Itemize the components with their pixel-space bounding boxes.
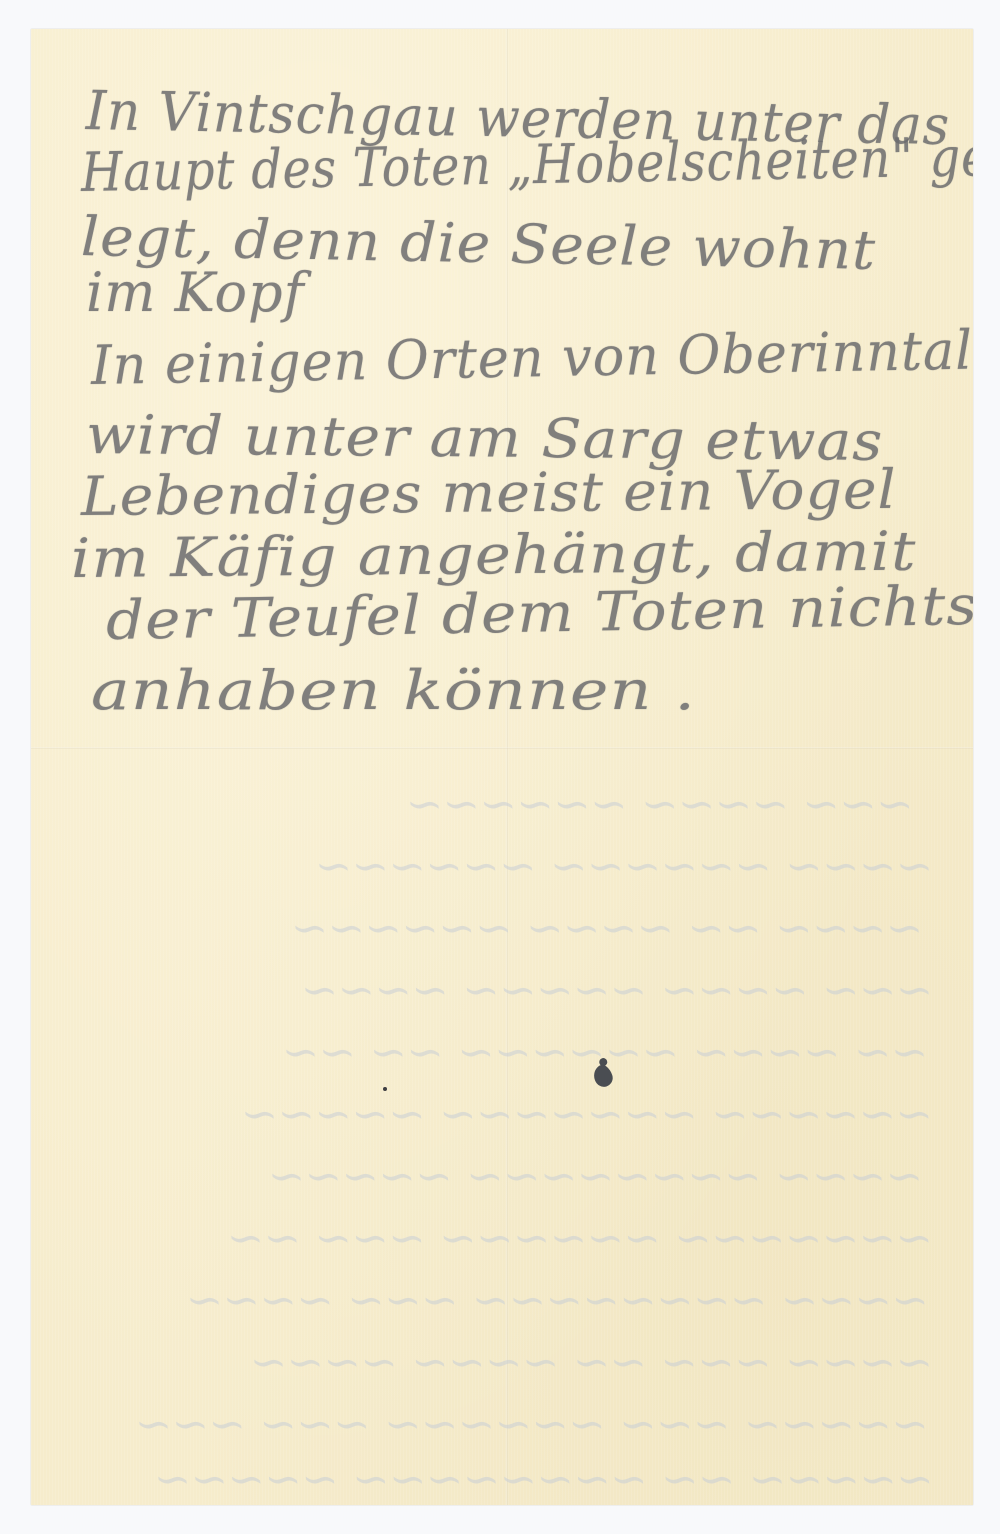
handwritten-line: im Kopf xyxy=(86,261,305,324)
bleed-through-line: ~~~~~~~ ~~~~~~ ~~~ ~~ xyxy=(224,1213,937,1264)
handwritten-line: Lebendiges meist ein Vogel xyxy=(81,458,897,528)
bleed-through-line: ~~~ ~~~~ ~~~~~ ~~~~ xyxy=(298,965,937,1016)
bleed-through-line: ~~~~ ~~~~~~~~ ~~~ ~~~~ xyxy=(182,1275,932,1326)
ink-dot-stain xyxy=(383,1087,387,1091)
scanned-document: In Vintschgau werden unter das Haupt des… xyxy=(0,0,1000,1534)
bleed-through-line: ~~~~~ ~~ ~~~~~~~~ ~~~~~ xyxy=(150,1454,936,1505)
paper-sheet: In Vintschgau werden unter das Haupt des… xyxy=(31,29,973,1505)
bleed-through-line: ~~~~ ~~~~~~~~ ~~~~~ xyxy=(265,1151,927,1202)
bleed-through-line: ~~~~ ~~~~~~ ~~~~~~ xyxy=(312,841,937,892)
bleed-through-line: ~~~~~ ~~~ ~~~~~~ ~~~ ~~~ xyxy=(131,1399,931,1450)
handwritten-line: anhaben können . xyxy=(91,659,696,722)
bleed-through-line: ~~~ ~~~~ ~~~~~~ xyxy=(402,779,916,830)
bleed-through-line: ~~~~~~ ~~~~~~~ ~~~~~ xyxy=(238,1089,937,1140)
bleed-through-text: ~~~ ~~~~ ~~~~~~ ~~~~ ~~~~~~ ~~~~~~ ~~~~ … xyxy=(31,749,973,1505)
bleed-through-line: ~~~~ ~~ ~~~~ ~~~~~~ xyxy=(288,903,927,954)
handwritten-line: In einigen Orten von Oberinntal xyxy=(90,319,973,397)
bleed-through-line: ~~~~ ~~~ ~~ ~~~~ ~~~~ xyxy=(247,1337,937,1388)
handwritten-text-block: In Vintschgau werden unter das Haupt des… xyxy=(31,29,973,749)
